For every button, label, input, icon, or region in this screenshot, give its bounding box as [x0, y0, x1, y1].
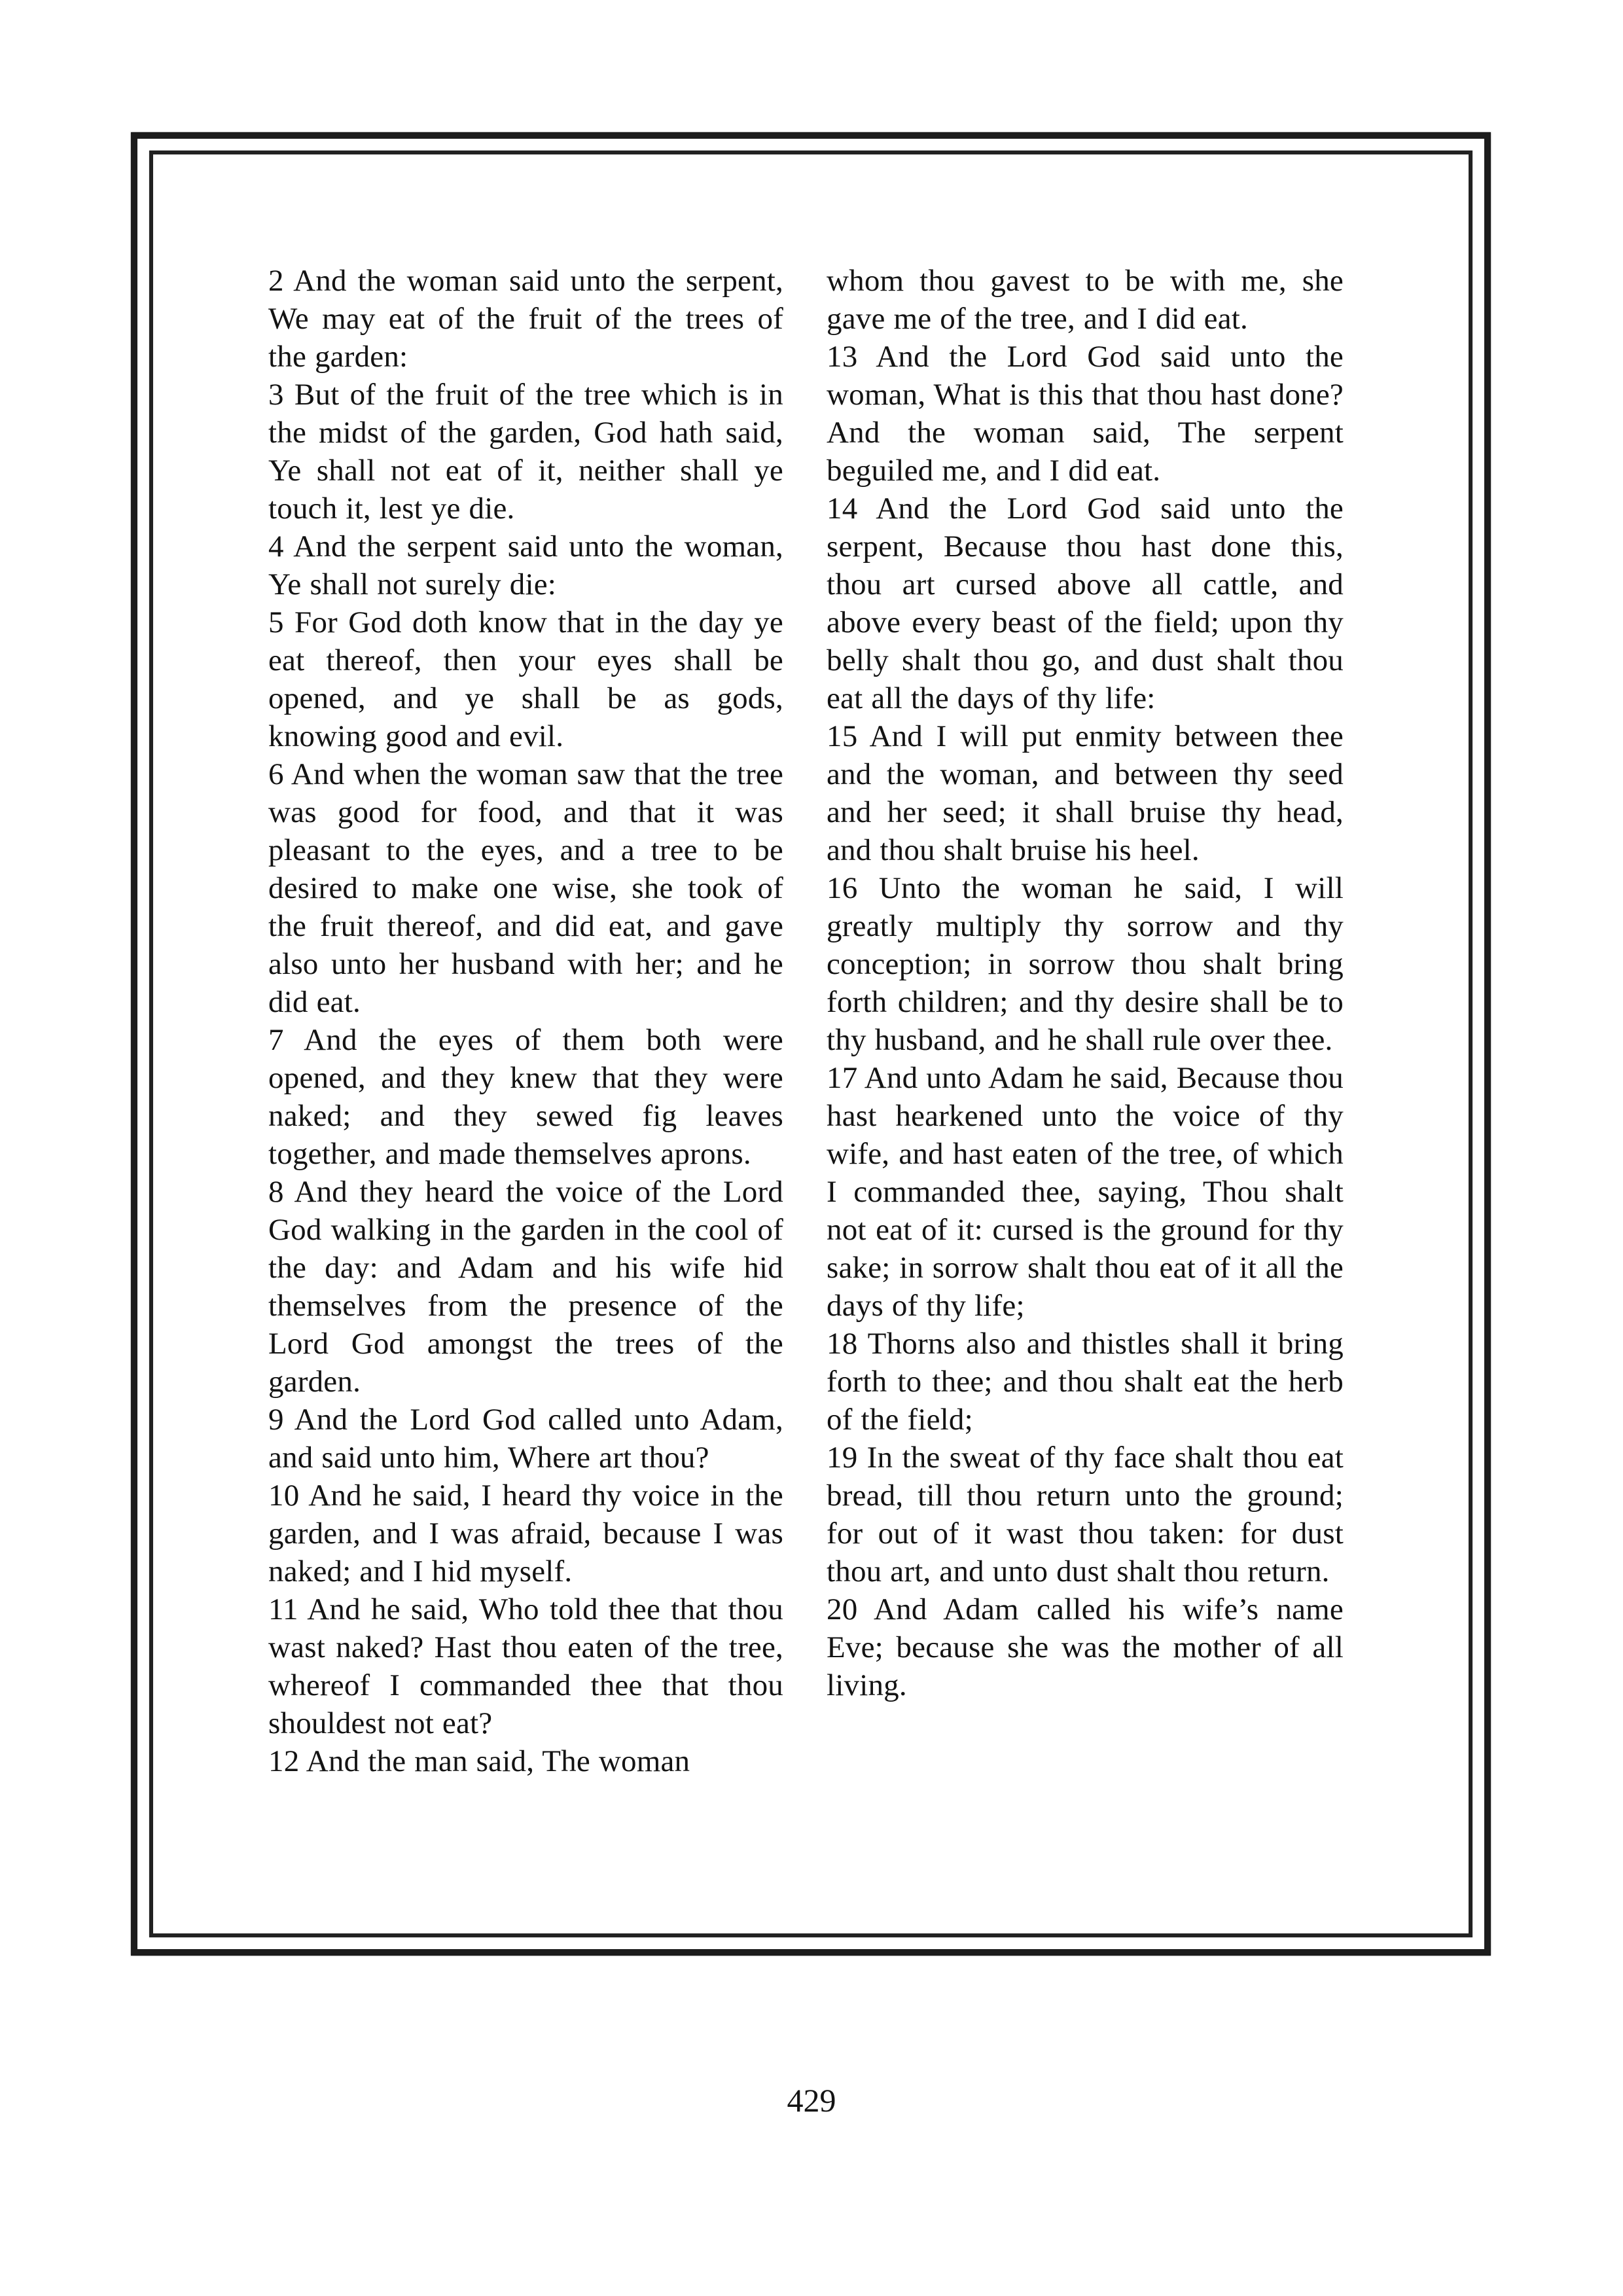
verse-paragraph: 14 And the Lord God said unto the serpen…	[827, 490, 1344, 717]
verse-paragraph: 6 And when the woman saw that the tree w…	[268, 755, 783, 1021]
verse-paragraph: 9 And the Lord God called unto Adam, and…	[268, 1401, 783, 1477]
text-column-right: whom thou gavest to be with me, she gave…	[827, 262, 1344, 1704]
verse-paragraph-continuation: whom thou gavest to be with me, she gave…	[827, 262, 1344, 338]
verse-paragraph: 10 And he said, I heard thy voice in the…	[268, 1477, 783, 1590]
page-number: 429	[0, 2081, 1623, 2119]
text-column-left: 2 And the woman said unto the serpent, W…	[268, 262, 783, 1780]
verse-paragraph: 15 And I will put enmity between thee an…	[827, 717, 1344, 869]
verse-paragraph: 7 And the eyes of them both were opened,…	[268, 1021, 783, 1173]
verse-paragraph: 13 And the Lord God said unto the woman,…	[827, 338, 1344, 490]
verse-paragraph: 17 And unto Adam he said, Because thou h…	[827, 1059, 1344, 1325]
verse-paragraph: 16 Unto the woman he said, I will greatl…	[827, 869, 1344, 1059]
verse-paragraph: 12 And the man said, The woman	[268, 1742, 783, 1780]
verse-paragraph: 2 And the woman said unto the serpent, W…	[268, 262, 783, 376]
verse-paragraph: 3 But of the fruit of the tree which is …	[268, 376, 783, 528]
verse-paragraph: 11 And he said, Who told thee that thou …	[268, 1590, 783, 1742]
verse-paragraph: 8 And they heard the voice of the Lord G…	[268, 1173, 783, 1401]
verse-paragraph: 4 And the serpent said unto the woman, Y…	[268, 528, 783, 603]
verse-paragraph: 20 And Adam called his wife’s name Eve; …	[827, 1590, 1344, 1704]
verse-paragraph: 19 In the sweat of thy face shalt thou e…	[827, 1439, 1344, 1590]
verse-paragraph: 5 For God doth know that in the day ye e…	[268, 603, 783, 755]
verse-paragraph: 18 Thorns also and thistles shall it bri…	[827, 1325, 1344, 1439]
